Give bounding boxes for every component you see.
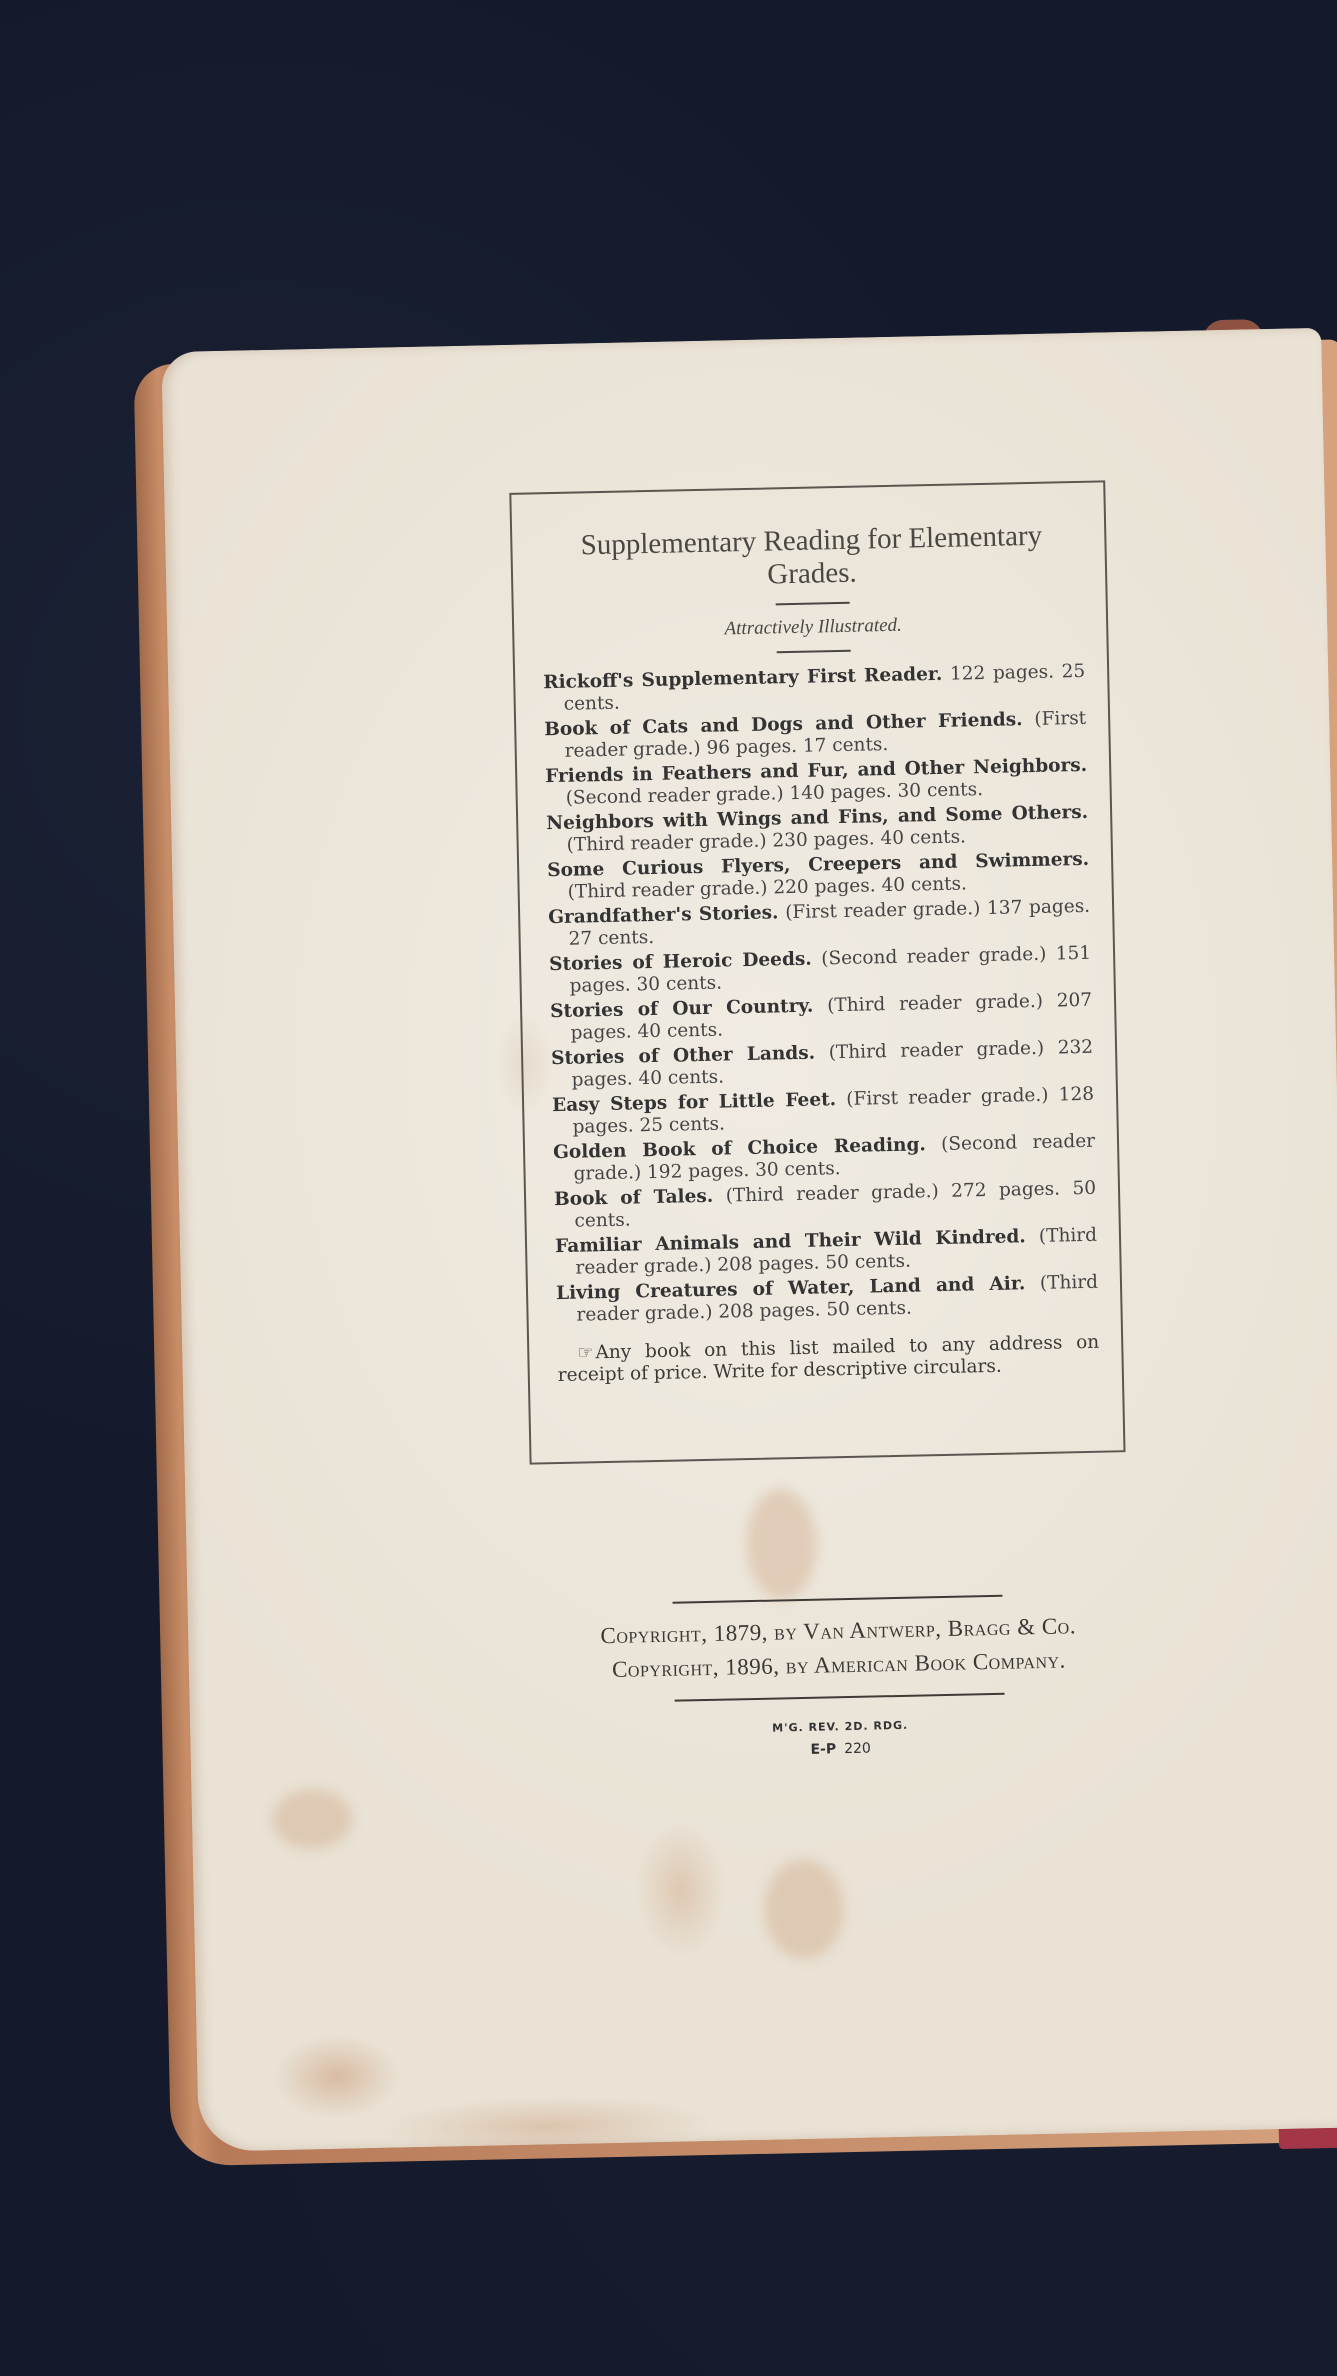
advertisement-box: Supplementary Reading for Elementary Gra… bbox=[509, 480, 1125, 1464]
book-title: Stories of Other Lands. bbox=[551, 1043, 815, 1070]
book-entry: Stories of Our Country. (Third reader gr… bbox=[550, 990, 1093, 1045]
book-entry: Neighbors with Wings and Fins, and Some … bbox=[546, 802, 1089, 857]
code-prefix: E-P bbox=[810, 1741, 836, 1758]
water-stain bbox=[745, 1489, 817, 1600]
book-title: Grandfather's Stories. bbox=[548, 902, 779, 928]
divider bbox=[673, 1595, 1003, 1604]
book-entry: Rickoff's Supplementary First Reader. 12… bbox=[543, 661, 1086, 716]
book-title: Stories of Heroic Deeds. bbox=[549, 949, 812, 975]
book-page: Supplementary Reading for Elementary Gra… bbox=[161, 328, 1337, 2152]
print-code: E-P220 bbox=[531, 1735, 1151, 1764]
book-list: Rickoff's Supplementary First Reader. 12… bbox=[543, 661, 1099, 1327]
copyright-block: Copyright, 1879, by Van Antwerp, Bragg &… bbox=[528, 1592, 1151, 1764]
divider bbox=[776, 602, 850, 606]
book-entry: Grandfather's Stories. (First reader gra… bbox=[548, 896, 1091, 951]
book-title: Golden Book of Choice Reading. bbox=[553, 1134, 926, 1163]
water-stain bbox=[763, 1858, 845, 1960]
mail-order-note: ☞Any book on this list mailed to any add… bbox=[557, 1332, 1100, 1387]
pointing-hand-icon: ☞ bbox=[577, 1342, 594, 1364]
water-stain bbox=[271, 1788, 352, 1850]
book-entry: Golden Book of Choice Reading. (Second r… bbox=[553, 1131, 1096, 1186]
divider bbox=[777, 650, 851, 654]
book-entry: Stories of Other Lands. (Third reader gr… bbox=[551, 1037, 1094, 1092]
book-entry: Living Creatures of Water, Land and Air.… bbox=[556, 1272, 1099, 1327]
book-entry: Some Curious Flyers, Creepers and Swimme… bbox=[547, 849, 1090, 904]
book-entry: Book of Tales. (Third reader grade.) 272… bbox=[554, 1178, 1097, 1233]
divider bbox=[675, 1693, 1005, 1702]
ad-subtitle: Attractively Illustrated. bbox=[542, 611, 1084, 644]
note-text: Any book on this list mailed to any addr… bbox=[558, 1332, 1100, 1386]
book-entry: Stories of Heroic Deeds. (Second reader … bbox=[549, 943, 1092, 998]
book-title: Rickoff's Supplementary First Reader. bbox=[543, 664, 943, 693]
book-entry: Book of Cats and Dogs and Other Friends.… bbox=[544, 708, 1087, 763]
book-entry: Familiar Animals and Their Wild Kindred.… bbox=[555, 1225, 1098, 1280]
code-number: 220 bbox=[844, 1741, 871, 1758]
book-title: Book of Tales. bbox=[554, 1186, 714, 1210]
book: Supplementary Reading for Elementary Gra… bbox=[141, 328, 1337, 2152]
ad-title: Supplementary Reading for Elementary Gra… bbox=[560, 519, 1063, 595]
book-title: Stories of Our Country. bbox=[550, 996, 814, 1023]
book-entry: Friends in Feathers and Fur, and Other N… bbox=[545, 755, 1088, 810]
book-title: Easy Steps for Little Feet. bbox=[552, 1089, 836, 1116]
book-entry: Easy Steps for Little Feet. (First reade… bbox=[552, 1084, 1095, 1139]
